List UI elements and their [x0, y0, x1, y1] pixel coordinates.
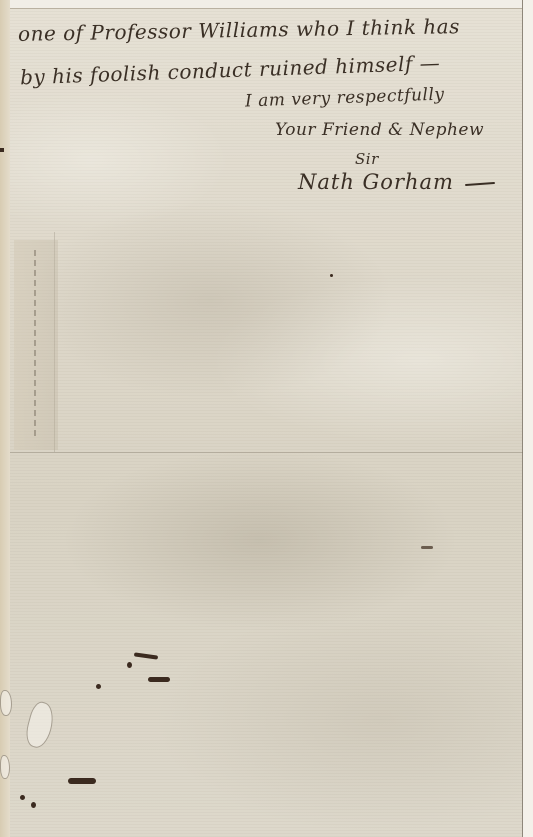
- bleed-text-trace: [34, 250, 36, 440]
- ink-spot: [20, 795, 25, 800]
- paper-tear: [0, 690, 12, 716]
- horizontal-fold-line: [10, 452, 523, 453]
- ink-spot: [96, 684, 101, 689]
- paper-tear: [22, 700, 57, 751]
- signature: Nath Gorham: [298, 170, 454, 194]
- ink-spot: [31, 802, 36, 808]
- signature-flourish: [465, 182, 495, 186]
- sir-line: Sir: [355, 150, 379, 168]
- ink-spot: [134, 652, 158, 659]
- ink-spot: [68, 778, 96, 784]
- ink-bleed-through-strip: [14, 240, 58, 450]
- closing-line: I am very respectfully: [245, 85, 445, 112]
- ink-mark: [0, 148, 4, 152]
- letter-line-1: one of Professor Williams who I think ha…: [18, 14, 460, 46]
- paper-right-edge: [522, 0, 533, 837]
- paper-tear: [0, 755, 10, 779]
- paper-top-edge: [0, 0, 533, 9]
- ink-spot: [148, 677, 170, 682]
- salutation-close-line: Your Friend & Nephew: [275, 120, 484, 140]
- letter-line-2: by his foolish conduct ruined himself —: [20, 51, 441, 90]
- ink-spot: [127, 662, 132, 668]
- letter-page: one of Professor Williams who I think ha…: [0, 0, 533, 837]
- ink-spot: [421, 546, 433, 549]
- ink-spot: [330, 274, 333, 277]
